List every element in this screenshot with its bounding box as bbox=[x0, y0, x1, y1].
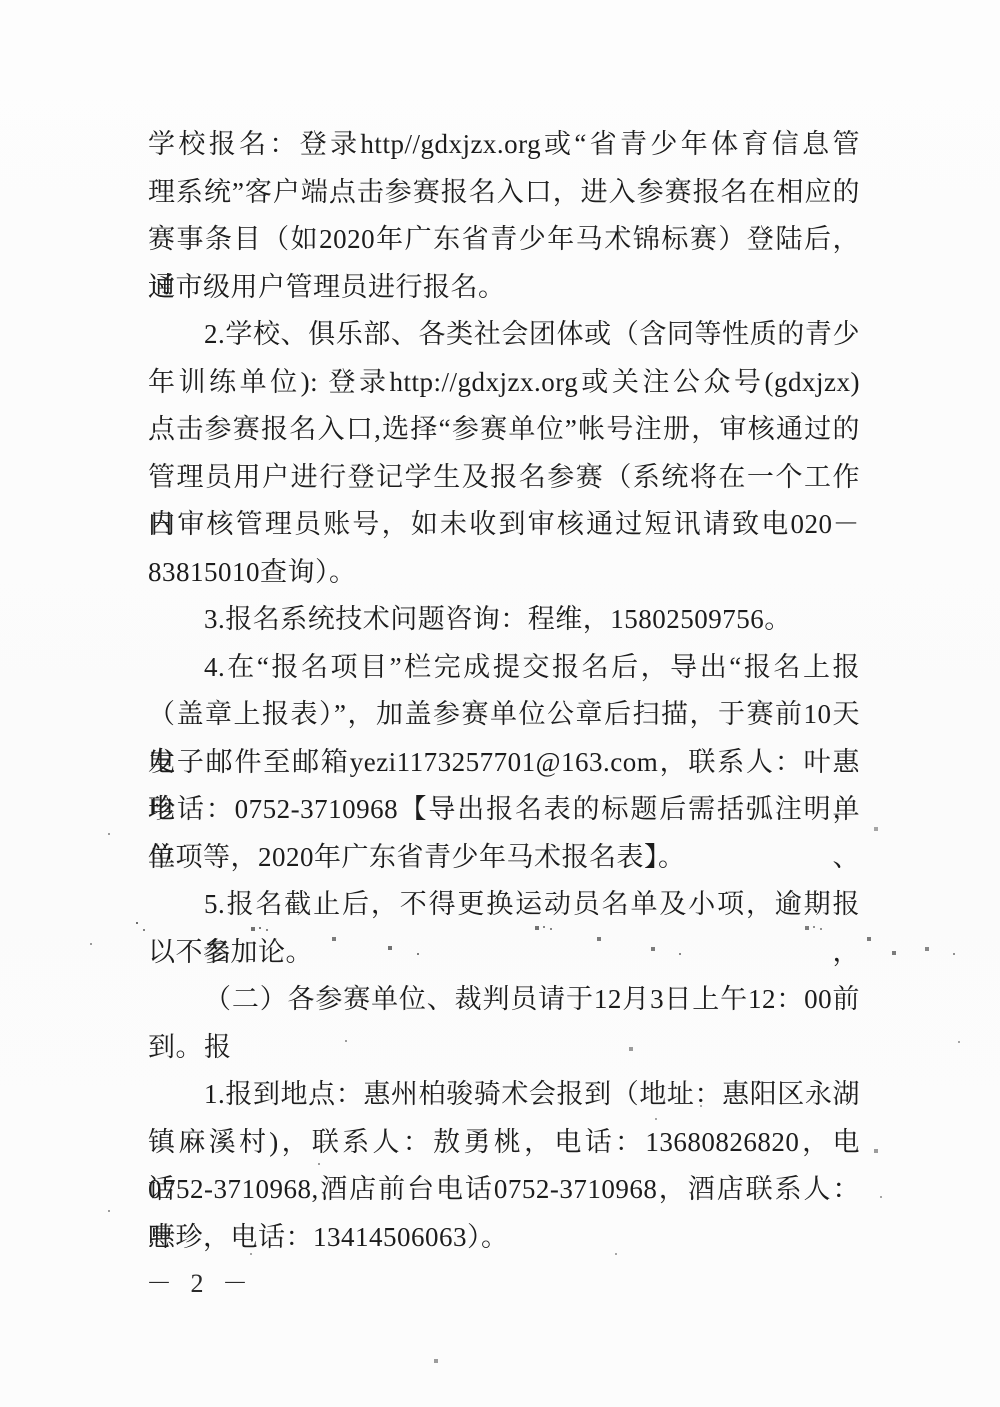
text-line: （盖章上报表）”，加盖参赛单位公章后扫描，于赛前10天发 bbox=[148, 691, 860, 739]
page-number: － 2 － bbox=[146, 1263, 254, 1300]
text-line: 83815010查询）。 bbox=[148, 549, 860, 597]
document-body: 学校报名：登录http//gdxjzx.org或“省青少年体育信息管理系统”客户… bbox=[148, 121, 860, 1261]
text-line: 5.报名截止后，不得更换运动员名单及小项，逾期报名， bbox=[148, 881, 860, 929]
text-line: 镇麻溪村)，联系人：敖勇桃，电话：13680826820，电话： bbox=[148, 1119, 860, 1167]
text-line: 过市级用户管理员进行报名。 bbox=[148, 264, 860, 312]
text-line: 0752-3710968,酒店前台电话0752-3710968，酒店联系人：叶 bbox=[148, 1166, 860, 1214]
text-line: 内审核管理员账号，如未收到审核通过短讯请致电020－ bbox=[148, 501, 860, 549]
text-line: 年训练单位): 登录http://gdxjzx.org或关注公众号(gdxjzx… bbox=[148, 359, 860, 407]
text-line: 2.学校、俱乐部、各类社会团体或（含同等性质的青少 bbox=[148, 311, 860, 359]
text-line: 电子邮件至邮箱yezi1173257701@163.com，联系人：叶惠珍， bbox=[148, 739, 860, 787]
text-line: 电话：0752-3710968【导出报名表的标题后需括弧注明单位、 bbox=[148, 786, 860, 834]
text-line: 点击参赛报名入口,选择“参赛单位”帐号注册，审核通过的 bbox=[148, 406, 860, 454]
text-line: 4.在“报名项目”栏完成提交报名后，导出“报名上报 bbox=[148, 644, 860, 692]
text-line: 3.报名系统技术问题咨询：程维，15802509756。 bbox=[148, 596, 860, 644]
text-line: 1.报到地点：惠州柏骏骑术会报到（地址：惠阳区永湖 bbox=[148, 1071, 860, 1119]
text-line: 到。 bbox=[148, 1024, 860, 1072]
text-line: 惠珍，电话：13414506063）。 bbox=[148, 1214, 860, 1262]
text-line: （二）各参赛单位、裁判员请于12月3日上午12：00前报 bbox=[148, 976, 860, 1024]
text-line: 管理员用户进行登记学生及报名参赛（系统将在一个工作日 bbox=[148, 454, 860, 502]
scan-noise-specks bbox=[0, 0, 2, 2]
scanned-document-page: 学校报名：登录http//gdxjzx.org或“省青少年体育信息管理系统”客户… bbox=[0, 0, 1000, 1407]
text-line: 赛事条目（如2020年广东省青少年马术锦标赛）登陆后，通 bbox=[148, 216, 860, 264]
text-line: 学校报名：登录http//gdxjzx.org或“省青少年体育信息管 bbox=[148, 121, 860, 169]
text-line: 理系统”客户端点击参赛报名入口，进入参赛报名在相应的 bbox=[148, 169, 860, 217]
